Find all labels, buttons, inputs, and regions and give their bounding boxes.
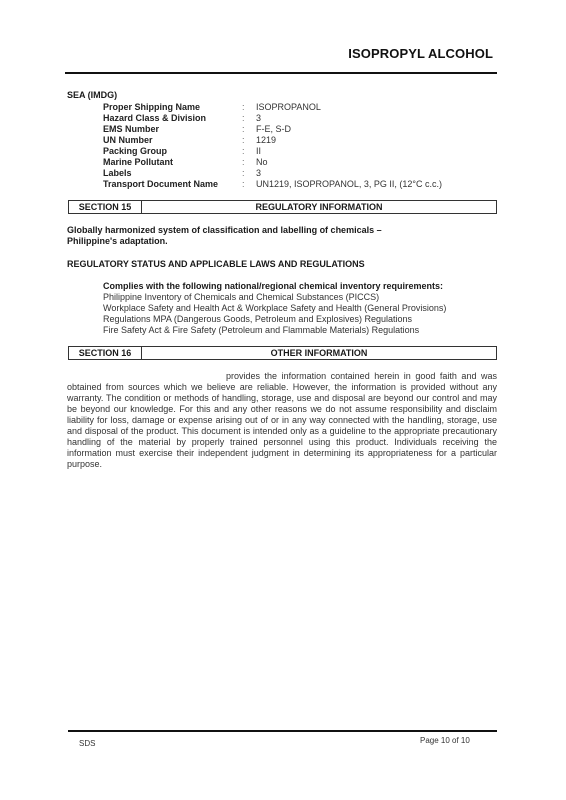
sea-label: Proper Shipping Name [103, 102, 242, 113]
sea-row: Hazard Class & Division : 3 [103, 113, 442, 124]
sea-value: F-E, S-D [256, 124, 291, 135]
sea-separator: : [242, 168, 256, 179]
ghs-line: Philippine's adaptation. [67, 236, 467, 247]
sea-value: No [256, 157, 268, 168]
sea-label: Marine Pollutant [103, 157, 242, 168]
sea-row: UN Number : 1219 [103, 135, 442, 146]
document-page: ISOPROPYL ALCOHOL SEA (IMDG) Proper Ship… [0, 0, 566, 800]
section-15-header: SECTION 15 REGULATORY INFORMATION [68, 200, 497, 214]
sea-row: Marine Pollutant : No [103, 157, 442, 168]
sea-value: UN1219, ISOPROPANOL, 3, PG II, (12°C c.c… [256, 179, 442, 190]
sea-separator: : [242, 113, 256, 124]
section-number: SECTION 15 [69, 201, 142, 213]
other-information-text: provides the information contained herei… [67, 371, 497, 470]
sea-separator: : [242, 146, 256, 157]
sea-label: Labels [103, 168, 242, 179]
section-title: OTHER INFORMATION [142, 347, 496, 359]
sea-row: EMS Number : F-E, S-D [103, 124, 442, 135]
regulation-item: Workplace Safety and Health Act & Workpl… [103, 303, 503, 314]
regulation-item: Fire Safety Act & Fire Safety (Petroleum… [103, 325, 503, 336]
sea-label: Transport Document Name [103, 179, 242, 190]
sea-value: 1219 [256, 135, 276, 146]
section-number: SECTION 16 [69, 347, 142, 359]
sea-label: Hazard Class & Division [103, 113, 242, 124]
regulatory-status-heading: REGULATORY STATUS AND APPLICABLE LAWS AN… [67, 259, 365, 269]
sea-label: EMS Number [103, 124, 242, 135]
regulation-item: Philippine Inventory of Chemicals and Ch… [103, 292, 503, 303]
ghs-statement: Globally harmonized system of classifica… [67, 225, 467, 247]
sea-separator: : [242, 135, 256, 146]
footer-divider [68, 730, 497, 732]
document-title: ISOPROPYL ALCOHOL [348, 46, 493, 61]
sea-label: UN Number [103, 135, 242, 146]
sea-separator: : [242, 102, 256, 113]
ghs-line: Globally harmonized system of classifica… [67, 225, 467, 236]
sea-separator: : [242, 157, 256, 168]
sea-row: Packing Group : II [103, 146, 442, 157]
complies-heading: Complies with the following national/reg… [103, 281, 503, 292]
sea-value: 3 [256, 113, 261, 124]
complies-block: Complies with the following national/reg… [103, 281, 503, 336]
sea-value: II [256, 146, 261, 157]
sea-row: Proper Shipping Name : ISOPROPANOL [103, 102, 442, 113]
regulation-item: Regulations MPA (Dangerous Goods, Petrol… [103, 314, 503, 325]
disclaimer-text: provides the information contained herei… [67, 371, 497, 469]
sea-row: Transport Document Name : UN1219, ISOPRO… [103, 179, 442, 190]
section-16-header: SECTION 16 OTHER INFORMATION [68, 346, 497, 360]
sea-imdg-heading: SEA (IMDG) [67, 90, 117, 100]
sea-label: Packing Group [103, 146, 242, 157]
sea-row: Labels : 3 [103, 168, 442, 179]
page-number: Page 10 of 10 [420, 736, 470, 745]
sea-value: ISOPROPANOL [256, 102, 321, 113]
sea-separator: : [242, 179, 256, 190]
footer-doc-type: SDS [79, 739, 95, 748]
sea-value: 3 [256, 168, 261, 179]
section-title: REGULATORY INFORMATION [142, 201, 496, 213]
sea-separator: : [242, 124, 256, 135]
header-divider [65, 72, 497, 74]
sea-transport-table: Proper Shipping Name : ISOPROPANOL Hazar… [103, 102, 442, 190]
